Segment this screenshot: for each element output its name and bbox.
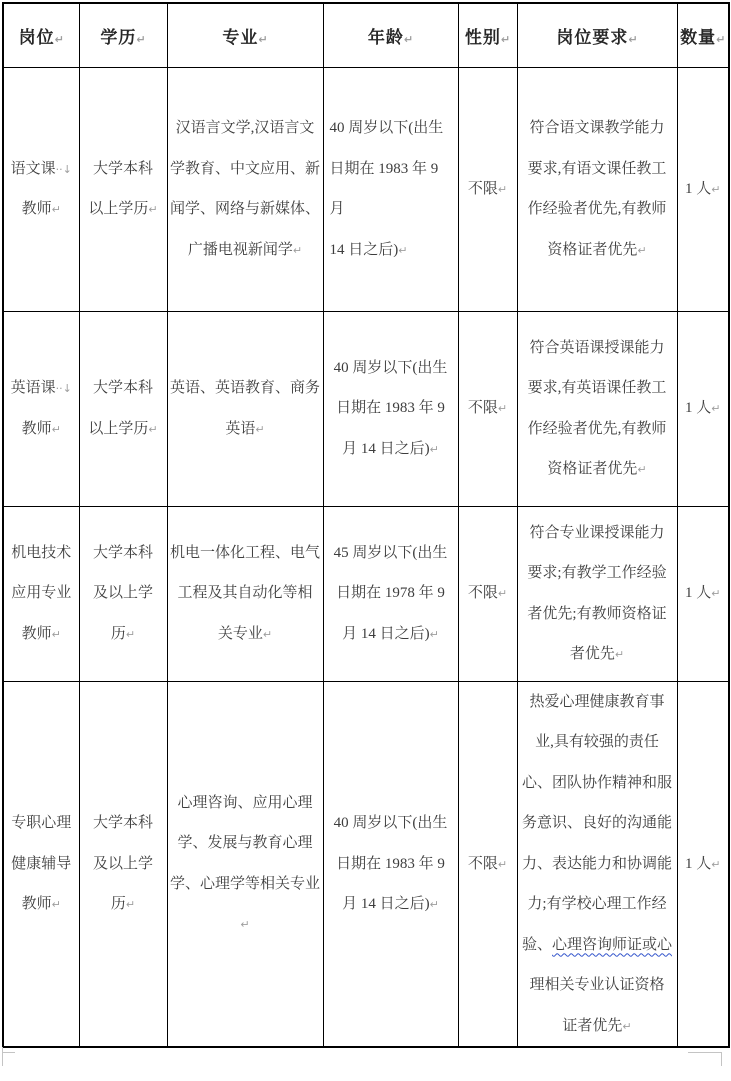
spellcheck-underlined-text: 心理咨询师证或心 bbox=[552, 937, 672, 953]
cell-count: 1 人↵ bbox=[677, 67, 729, 311]
formatting-mark-icon: ··↓ bbox=[56, 382, 72, 395]
cell-age: 45 周岁以下(出生日期在 1978 年 9月 14 日之后)↵ bbox=[323, 506, 458, 681]
column-header-gender: 性别↵ bbox=[458, 3, 517, 67]
table-body: 语文课··↓教师↵大学本科以上学历↵汉语言文学,汉语言文学教育、中文应用、新闻学… bbox=[3, 67, 729, 1047]
cell-position: 专职心理健康辅导教师↵ bbox=[3, 681, 79, 1047]
column-header-requirements: 岗位要求↵ bbox=[517, 3, 677, 67]
formatting-mark-icon: ↵ bbox=[711, 402, 720, 415]
header-row: 岗位↵学历↵专业↵年龄↵性别↵岗位要求↵数量↵ bbox=[3, 3, 729, 67]
formatting-mark-icon: ↵ bbox=[622, 1020, 631, 1033]
formatting-mark-icon: ↵ bbox=[430, 628, 439, 641]
formatting-mark-icon: ↵ bbox=[711, 183, 720, 196]
formatting-mark-icon: ↵ bbox=[255, 423, 264, 436]
table-row-1: 语文课··↓教师↵大学本科以上学历↵汉语言文学,汉语言文学教育、中文应用、新闻学… bbox=[3, 67, 729, 311]
column-header-label: 年龄 bbox=[368, 28, 404, 47]
cell-count: 1 人↵ bbox=[677, 506, 729, 681]
cell-gender: 不限↵ bbox=[458, 506, 517, 681]
column-header-label: 数量 bbox=[680, 28, 716, 47]
column-header-label: 性别 bbox=[465, 28, 501, 47]
column-header-count: 数量↵ bbox=[677, 3, 729, 67]
text-segment: 热爱心理健康教育事业,具有较强的责任心、团队协作精神和服务意识、良好的沟通能力、… bbox=[522, 694, 672, 953]
table-row-3: 机电技术应用专业教师↵大学本科及以上学历↵机电一体化工程、电气工程及其自动化等相… bbox=[3, 506, 729, 681]
cell-requirements: 热爱心理健康教育事业,具有较强的责任心、团队协作精神和服务意识、良好的沟通能力、… bbox=[517, 681, 677, 1047]
formatting-mark-icon: ↵ bbox=[52, 898, 61, 911]
cell-count: 1 人↵ bbox=[677, 681, 729, 1047]
formatting-mark-icon: ↵ bbox=[615, 648, 624, 661]
table-header: 岗位↵学历↵专业↵年龄↵性别↵岗位要求↵数量↵ bbox=[3, 3, 729, 67]
cell-major: 心理咨询、应用心理学、发展与教育心理学、心理学等相关专业↵ bbox=[167, 681, 323, 1047]
cell-gender: 不限↵ bbox=[458, 681, 517, 1047]
cell-position: 英语课··↓教师↵ bbox=[3, 311, 79, 506]
cell-education: 大学本科及以上学历↵ bbox=[79, 681, 167, 1047]
column-header-age: 年龄↵ bbox=[323, 3, 458, 67]
formatting-mark-icon: ↵ bbox=[498, 858, 507, 871]
formatting-mark-icon: ↵ bbox=[711, 858, 720, 871]
cell-age: 40 周岁以下(出生日期在 1983 年 9月 14 日之后)↵ bbox=[323, 681, 458, 1047]
formatting-mark-icon: ↵ bbox=[637, 463, 646, 476]
cell-count: 1 人↵ bbox=[677, 311, 729, 506]
cell-age: 40 周岁以下(出生日期在 1983 年 9月 14 日之后)↵ bbox=[323, 311, 458, 506]
cell-gender: 不限↵ bbox=[458, 67, 517, 311]
table-row-2: 英语课··↓教师↵大学本科以上学历↵英语、英语教育、商务英语↵40 周岁以下(出… bbox=[3, 311, 729, 506]
cell-age: 40 周岁以下(出生日期在 1983 年 9 月14 日之后)↵ bbox=[323, 67, 458, 311]
paragraph-mark-icon: ↵ bbox=[501, 33, 510, 46]
column-header-label: 专业 bbox=[222, 28, 258, 47]
cell-gender: 不限↵ bbox=[458, 311, 517, 506]
formatting-mark-icon: ↵ bbox=[52, 628, 61, 641]
table-row-4: 专职心理健康辅导教师↵大学本科及以上学历↵心理咨询、应用心理学、发展与教育心理学… bbox=[3, 681, 729, 1047]
column-header-major: 专业↵ bbox=[167, 3, 323, 67]
word-document-page: { "colors": { "border": "#000000", "text… bbox=[0, 0, 731, 1081]
formatting-mark-icon: ↵ bbox=[148, 203, 157, 216]
column-header-label: 学历 bbox=[100, 28, 136, 47]
column-header-position: 岗位↵ bbox=[3, 3, 79, 67]
cell-position: 机电技术应用专业教师↵ bbox=[3, 506, 79, 681]
cell-requirements: 符合英语课授课能力要求,有英语课任教工作经验者优先,有教师资格证者优先↵ bbox=[517, 311, 677, 506]
paragraph-mark-icon: ↵ bbox=[716, 33, 725, 46]
formatting-mark-icon: ↵ bbox=[637, 244, 646, 257]
cell-requirements: 符合专业课授课能力要求;有教学工作经验者优先;有教师资格证者优先↵ bbox=[517, 506, 677, 681]
column-header-label: 岗位 bbox=[19, 28, 55, 47]
formatting-mark-icon: ↵ bbox=[498, 183, 507, 196]
formatting-mark-icon: ↵ bbox=[430, 898, 439, 911]
recruitment-table: 岗位↵学历↵专业↵年龄↵性别↵岗位要求↵数量↵ 语文课··↓教师↵大学本科以上学… bbox=[2, 2, 730, 1048]
formatting-mark-icon: ↵ bbox=[148, 423, 157, 436]
paragraph-mark-icon: ↵ bbox=[628, 33, 637, 46]
formatting-mark-icon: ↵ bbox=[498, 402, 507, 415]
cell-education: 大学本科以上学历↵ bbox=[79, 311, 167, 506]
formatting-mark-icon: ↵ bbox=[52, 203, 61, 216]
column-header-education: 学历↵ bbox=[79, 3, 167, 67]
formatting-mark-icon: ↵ bbox=[126, 898, 135, 911]
formatting-mark-icon: ↵ bbox=[263, 628, 272, 641]
column-header-label: 岗位要求 bbox=[556, 28, 628, 47]
formatting-mark-icon: ↵ bbox=[430, 443, 439, 456]
formatting-mark-icon: ↵ bbox=[126, 628, 135, 641]
formatting-mark-icon: ↵ bbox=[293, 244, 302, 257]
paragraph-mark-icon: ↵ bbox=[55, 33, 64, 46]
cell-major: 汉语言文学,汉语言文学教育、中文应用、新闻学、网络与新媒体、广播电视新闻学↵ bbox=[167, 67, 323, 311]
text-segment: 理相关专业认证资格证者优先↵ bbox=[529, 977, 664, 1034]
formatting-mark-icon: ↵ bbox=[240, 918, 249, 931]
formatting-mark-icon: ··↓ bbox=[56, 163, 72, 176]
cell-education: 大学本科及以上学历↵ bbox=[79, 506, 167, 681]
paragraph-mark-icon: ↵ bbox=[136, 33, 145, 46]
cell-education: 大学本科以上学历↵ bbox=[79, 67, 167, 311]
formatting-mark-icon: ↵ bbox=[52, 423, 61, 436]
formatting-mark-icon: ↵ bbox=[498, 587, 507, 600]
cell-major: 机电一体化工程、电气工程及其自动化等相关专业↵ bbox=[167, 506, 323, 681]
cell-major: 英语、英语教育、商务英语↵ bbox=[167, 311, 323, 506]
paragraph-mark-icon: ↵ bbox=[404, 33, 413, 46]
formatting-mark-icon: ↵ bbox=[398, 244, 407, 257]
cell-requirements: 符合语文课教学能力要求,有语文课任教工作经验者优先,有教师资格证者优先↵ bbox=[517, 67, 677, 311]
cell-position: 语文课··↓教师↵ bbox=[3, 67, 79, 311]
paragraph-mark-icon: ↵ bbox=[258, 33, 267, 46]
formatting-mark-icon: ↵ bbox=[711, 587, 720, 600]
